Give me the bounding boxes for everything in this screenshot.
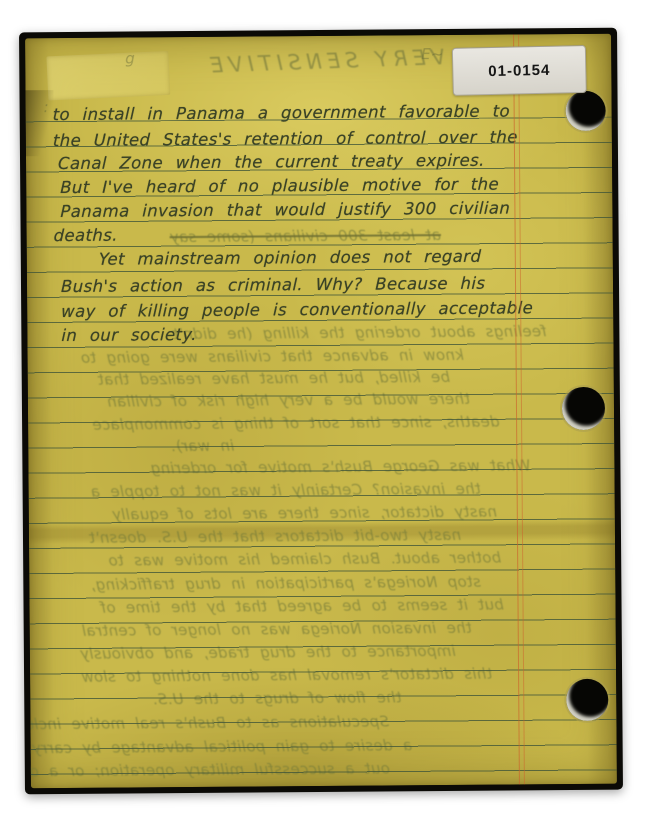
bleed-through-line: in war). [170, 436, 234, 457]
bleed-through-line: the invasion? Certainly it was not to to… [90, 479, 480, 502]
handwritten-line: the United States's retention of control… [53, 126, 519, 151]
label-sticker: 01-0154 [452, 45, 587, 96]
bleed-through-line: but it seems to be agreed that by the ti… [100, 595, 503, 618]
handwritten-line: way of killing people is conventionally … [61, 297, 534, 322]
handwritten-line: to install in Panama a government favora… [52, 101, 510, 126]
bleed-through-line: be killed, but he must have realized tha… [97, 367, 450, 390]
bleed-through-line: nasty two-bit dictators that the U.S. do… [89, 525, 461, 548]
bleed-through-line: feelings about ordering the killing (he … [172, 321, 547, 344]
bleed-through-line: importance to the drug trade, and obviou… [80, 641, 456, 664]
label-sticker-text: 01-0154 [488, 61, 550, 79]
handwritten-line: But I've heard of no plausible motive fo… [60, 174, 499, 198]
stray-pencil-mark: : [44, 98, 49, 116]
bleed-through-line: at least 300 civilians (some say [169, 225, 440, 247]
bleed-through-line: there would be a very high risk of civil… [107, 389, 470, 412]
bleed-through-line: this dictator's removal has done nothing… [81, 664, 493, 687]
handwritten-line: Bush's action as criminal. Why? Because … [61, 273, 486, 297]
tape-strip [46, 51, 170, 101]
bleed-through-line: deaths, since that sort of thing is comm… [92, 412, 500, 435]
punch-hole-bottom [566, 679, 608, 721]
stray-pencil-mark: E~ [421, 45, 443, 63]
bleed-through-line: stop Noriega's participation in drug tra… [91, 572, 482, 595]
punch-hole-top [565, 91, 605, 131]
corner-fold-shadow [25, 90, 54, 156]
bleed-through-line: bother about. Bush claimed his motive wa… [108, 548, 501, 571]
stray-pencil-mark: g [125, 49, 135, 67]
bleed-through-header: VERY SENSITIVE [165, 45, 446, 85]
handwritten-line: deaths. [53, 225, 118, 247]
scanner-backdrop: VERY SENSITIVE at least 300 civilians (s… [19, 28, 623, 795]
handwritten-line: Yet mainstream opinion does not regard [99, 246, 482, 270]
handwritten-line: in our society. [61, 324, 197, 346]
bleed-through-line: Speculations as to Bush's real motive in… [25, 711, 389, 734]
bleed-through-line: What was George Bush's motive for orderi… [150, 455, 530, 478]
bleed-through-line: a desire to gain political advantage by … [25, 735, 413, 758]
bleed-through-line: the flow of drugs to the U.S. [153, 687, 403, 709]
bleed-through-line: out a successful military operation; or … [25, 758, 390, 781]
paper: VERY SENSITIVE at least 300 civilians (s… [25, 34, 617, 789]
handwritten-line: Panama invasion that would justify 300 c… [60, 198, 510, 223]
scanned-document-image: VERY SENSITIVE at least 300 civilians (s… [0, 0, 650, 821]
punch-hole-middle [562, 387, 605, 430]
bleed-through-line: nasty dictator, since there are lots of … [112, 502, 497, 525]
bleed-through-line: know in advance that civilians were goin… [80, 345, 463, 368]
handwritten-line: Canal Zone when the current treaty expir… [58, 150, 485, 174]
red-margin-line [513, 34, 525, 784]
bleed-through-line: the invasion Noriega was no longer of ce… [81, 618, 471, 641]
